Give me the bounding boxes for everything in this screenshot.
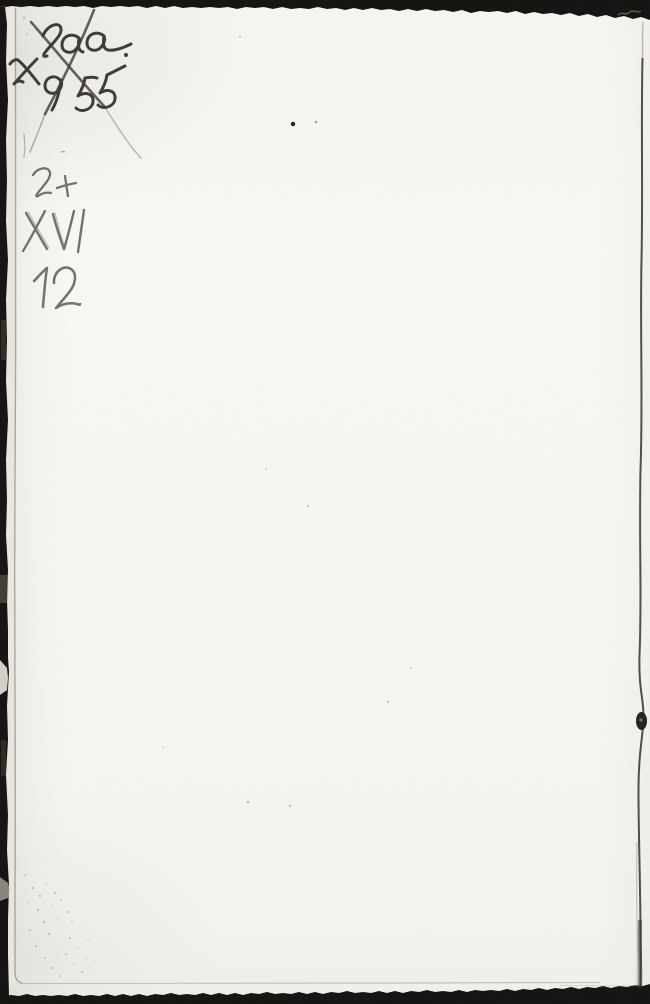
scanned-page: Zaa. x 955 Z+ XVI 12 (0, 0, 650, 1004)
scan-artwork (0, 0, 650, 1004)
scan-grain-texture (0, 0, 650, 1004)
